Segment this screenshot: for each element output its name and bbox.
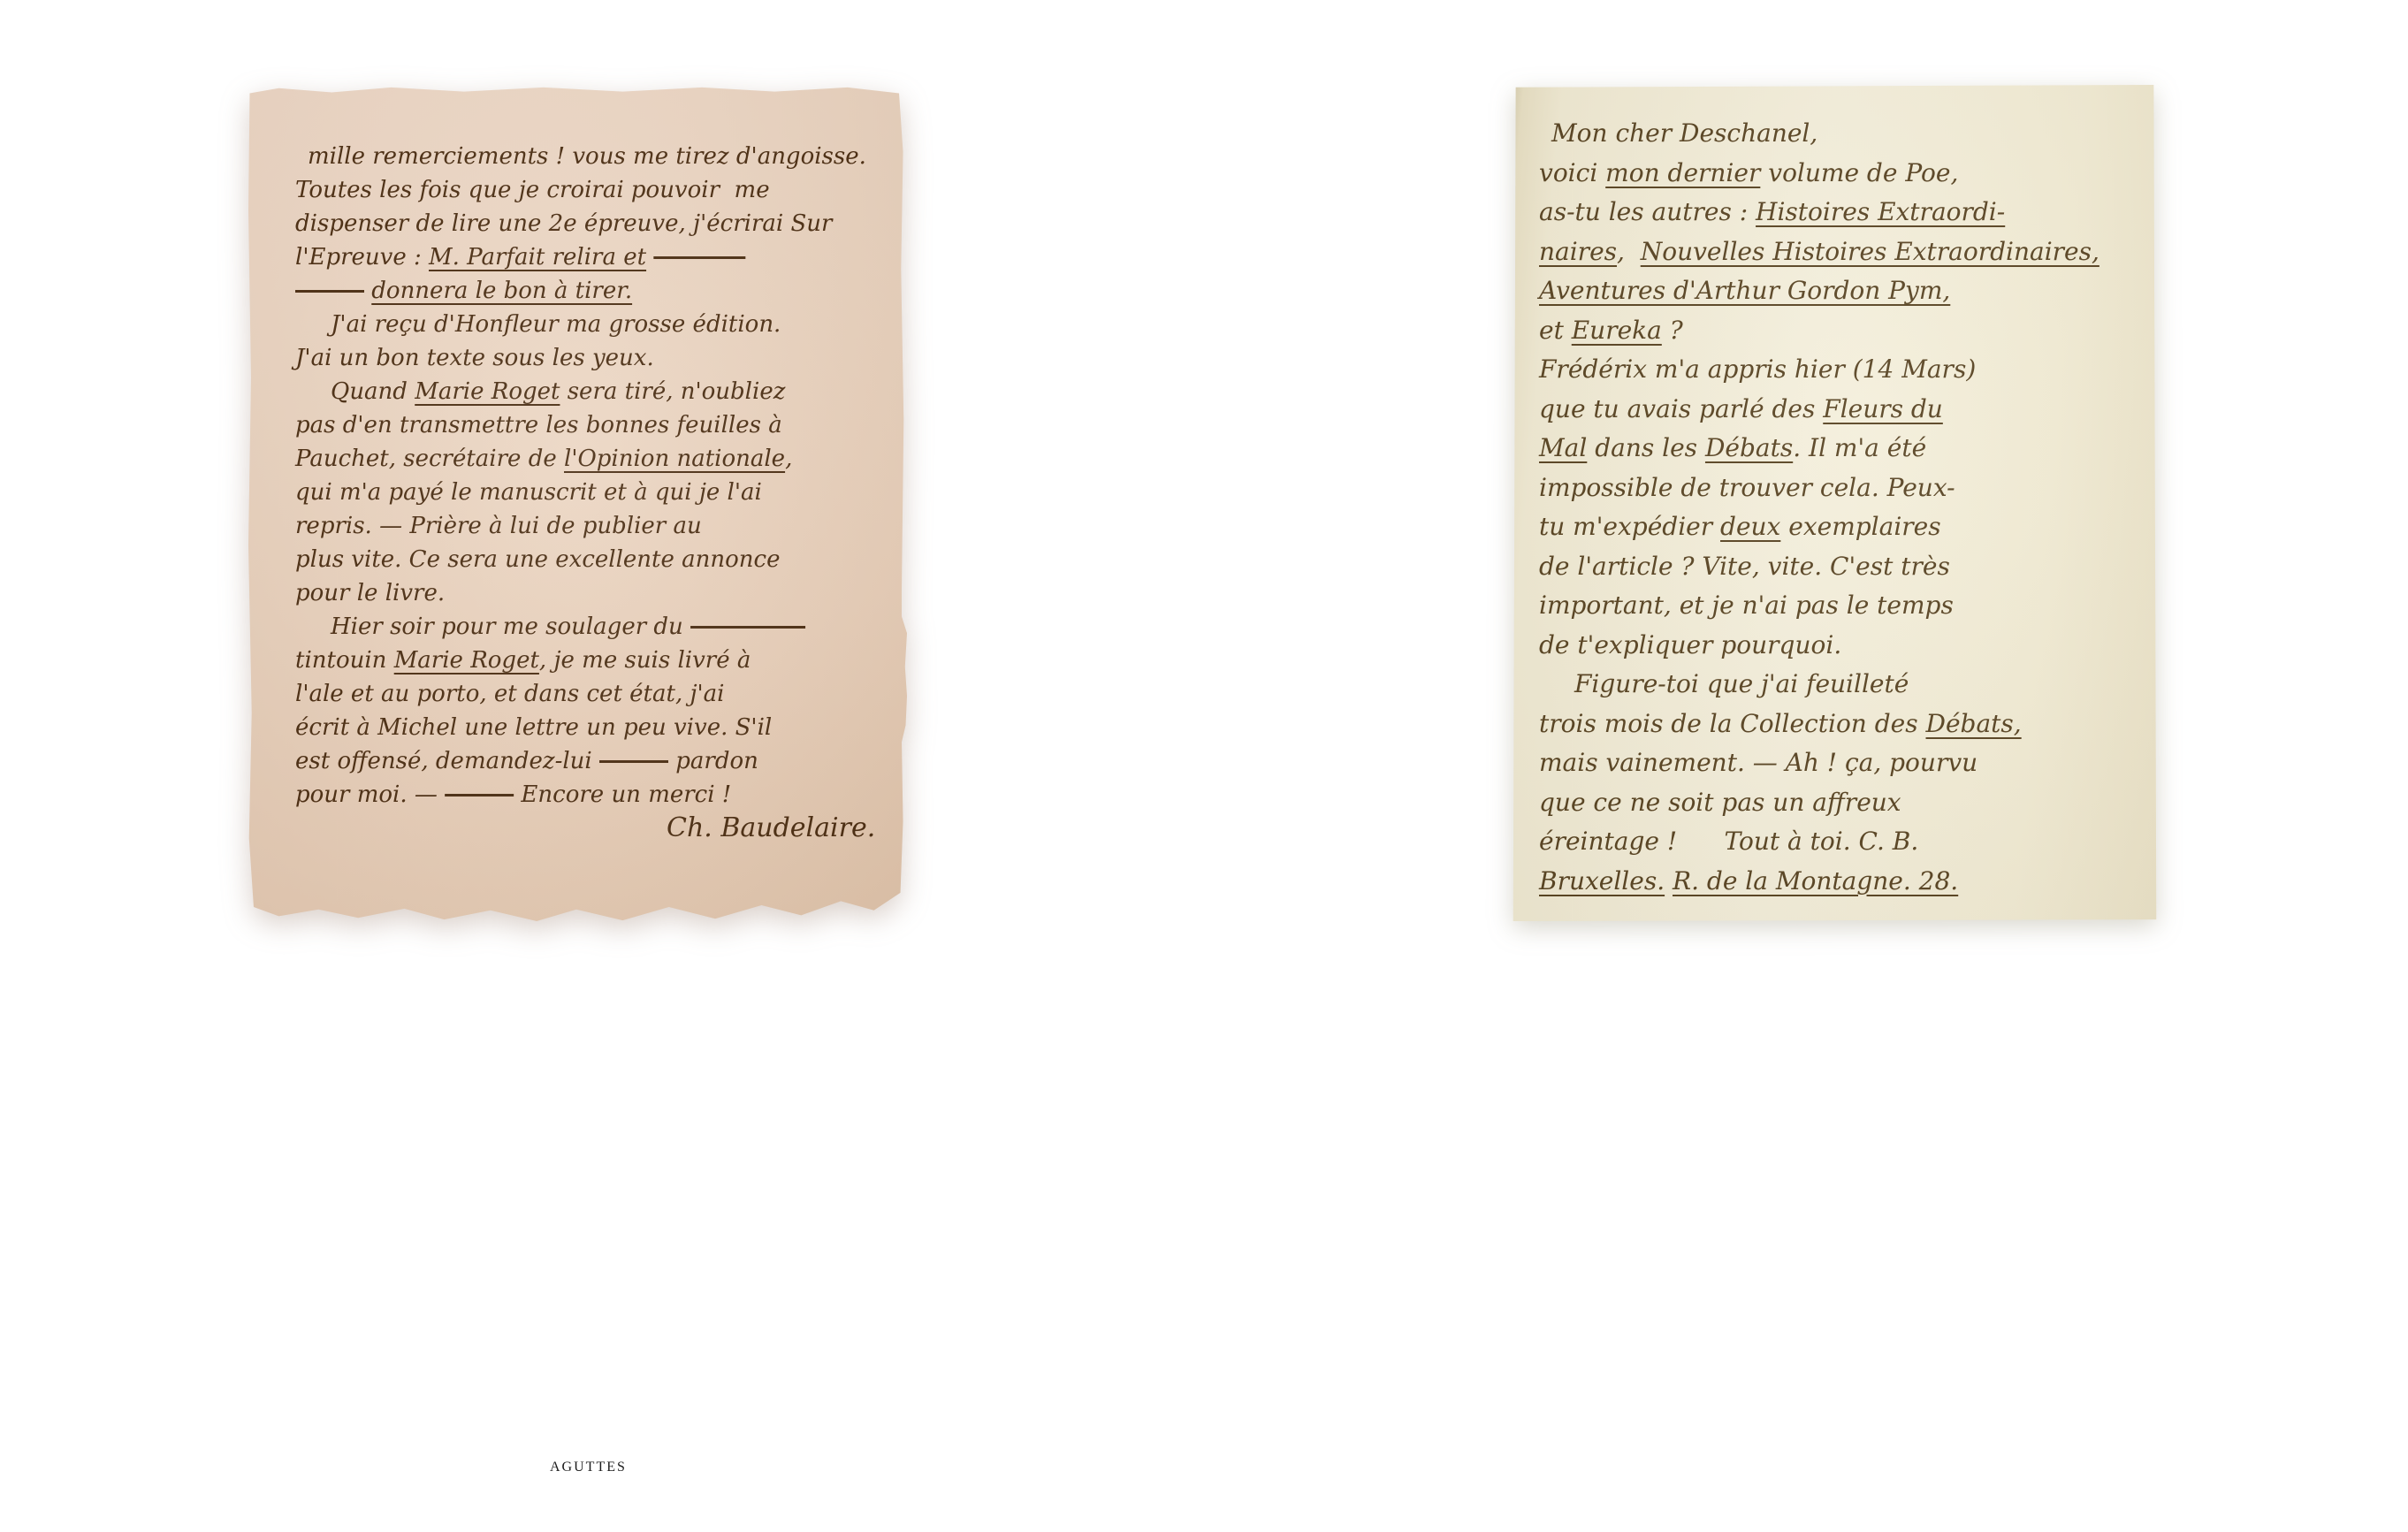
letter-line: important, et je n'ai pas le temps	[1539, 586, 2146, 626]
letter-line: éreintage ! Tout à toi. C. B.	[1539, 822, 2146, 862]
handwritten-text: repris. — Prière à lui de publier au	[295, 513, 702, 539]
letter-line: pour le livre.	[295, 576, 891, 610]
handwritten-text: ?	[1662, 316, 1683, 345]
letter-line: J'ai un bon texte sous les yeux.	[295, 341, 891, 375]
letter-line: et Eureka ?	[1539, 311, 2146, 351]
handwritten-text: voici	[1539, 158, 1605, 187]
left-letter-paper: mille remerciements ! vous me tirez d'an…	[246, 85, 907, 922]
letter-line: repris. — Prière à lui de publier au	[295, 509, 891, 543]
handwritten-text: ,	[785, 446, 792, 472]
underlined-text: Fleurs du	[1823, 394, 1943, 423]
letter-line: Hier soir pour me soulager du —————	[295, 610, 891, 644]
scribbled-out-word: ————	[653, 244, 745, 271]
right-letter-photo: Mon cher Deschanel,voici mon dernier vol…	[1513, 84, 2157, 922]
handwritten-text: Toutes les fois que je croirai pouvoir m…	[295, 177, 770, 203]
handwritten-text: l'Epreuve :	[295, 244, 429, 271]
handwritten-text: Frédérix m'a appris hier (14 Mars)	[1539, 354, 1976, 384]
handwritten-text: J'ai un bon texte sous les yeux.	[295, 345, 654, 371]
handwritten-text: exemplaires	[1780, 512, 1940, 541]
underlined-text: donnera le bon à tirer.	[371, 278, 632, 304]
underlined-text: Débats	[1705, 433, 1793, 462]
letter-line: voici mon dernier volume de Poe,	[1539, 154, 2146, 194]
handwritten-text: que tu avais parlé des	[1539, 394, 1823, 423]
letter-line: Ch. Baudelaire.	[295, 812, 891, 845]
underlined-text: M. Parfait relira et	[429, 244, 646, 271]
handwritten-text: J'ai reçu d'Honfleur ma grosse édition.	[331, 311, 781, 338]
handwritten-text: tintouin	[295, 647, 394, 674]
letter-line: Toutes les fois que je croirai pouvoir m…	[295, 173, 891, 207]
scribbled-out-word: ———	[445, 781, 514, 808]
letter-line: Figure-toi que j'ai feuilleté	[1539, 665, 2146, 705]
left-letter-text: mille remerciements ! vous me tirez d'an…	[295, 140, 891, 845]
handwritten-text: Quand	[331, 378, 415, 405]
underlined-text: Aventures d'Arthur Gordon Pym,	[1539, 276, 1950, 305]
handwritten-text: de l'article ? Vite, vite. C'est très	[1539, 552, 1950, 581]
handwritten-text: que ce ne soit pas un affreux	[1539, 788, 1901, 817]
scribbled-out-word: ———	[295, 278, 364, 304]
handwritten-text: trois mois de la Collection des	[1539, 709, 1926, 738]
catalog-page: mille remerciements ! vous me tirez d'an…	[0, 0, 2408, 1532]
letter-line: que tu avais parlé des Fleurs du	[1539, 390, 2146, 430]
handwritten-text: pour le livre.	[295, 580, 445, 606]
aguttes-logo: AGUTTES	[550, 1460, 627, 1475]
handwritten-text: Encore un merci !	[514, 781, 731, 808]
letter-line: Aventures d'Arthur Gordon Pym,	[1539, 271, 2146, 311]
letter-line: naires, Nouvelles Histoires Extraordinai…	[1539, 232, 2146, 272]
letter-line: que ce ne soit pas un affreux	[1539, 783, 2146, 823]
handwritten-text: tu m'expédier	[1539, 512, 1720, 541]
letter-line: pour moi. — ——— Encore un merci !	[295, 778, 891, 812]
underlined-text: Histoires Extraordi-	[1756, 197, 2005, 226]
underlined-text: Nouvelles Histoires Extraordinaires,	[1641, 237, 2099, 266]
handwritten-text: important, et je n'ai pas le temps	[1539, 591, 1954, 620]
handwritten-text: de t'expliquer pourquoi.	[1539, 630, 1841, 659]
handwritten-text: mais vainement. — Ah ! ça, pourvu	[1539, 748, 1977, 777]
letter-line: tintouin Marie Roget, je me suis livré à	[295, 644, 891, 677]
letter-line: trois mois de la Collection des Débats,	[1539, 705, 2146, 744]
letter-line: l'Epreuve : M. Parfait relira et ————	[295, 240, 891, 274]
underlined-text: R. de la Montagne. 28.	[1673, 866, 1958, 896]
letter-line: Frédérix m'a appris hier (14 Mars)	[1539, 350, 2146, 390]
handwritten-text: Mon cher Deschanel,	[1551, 118, 1817, 148]
letter-line: tu m'expédier deux exemplaires	[1539, 507, 2146, 547]
underlined-text: l'Opinion nationale	[564, 446, 785, 472]
handwritten-text: volume de Poe,	[1760, 158, 1958, 187]
handwritten-text: sera tiré, n'oubliez	[560, 378, 785, 405]
handwritten-text: Figure-toi que j'ai feuilleté	[1574, 669, 1909, 698]
letter-line: J'ai reçu d'Honfleur ma grosse édition.	[295, 308, 891, 341]
handwritten-text: qui m'a payé le manuscrit et à qui je l'…	[295, 479, 762, 506]
underlined-text: deux	[1720, 512, 1780, 541]
letter-line: est offensé, demandez-lui ——— pardon	[295, 744, 891, 778]
underlined-text: Débats,	[1926, 709, 2022, 738]
letter-line: pas d'en transmettre les bonnes feuilles…	[295, 408, 891, 442]
underlined-text: Mal	[1539, 433, 1587, 462]
underlined-text: mon dernier	[1605, 158, 1760, 187]
handwritten-text: . Il m'a été	[1793, 433, 1926, 462]
letter-line: dispenser de lire une 2e épreuve, j'écri…	[295, 207, 891, 240]
handwritten-text: et	[1539, 316, 1572, 345]
letter-line: mille remerciements ! vous me tirez d'an…	[295, 140, 891, 173]
letter-line: Bruxelles. R. de la Montagne. 28.	[1539, 862, 2146, 902]
handwritten-text	[1665, 866, 1673, 896]
handwritten-text: Hier soir pour me soulager du	[331, 614, 690, 640]
left-letter-photo: mille remerciements ! vous me tirez d'an…	[246, 85, 907, 922]
letter-line: Mal dans les Débats. Il m'a été	[1539, 429, 2146, 469]
handwritten-text: Ch. Baudelaire.	[667, 812, 875, 843]
underlined-text: naires	[1539, 237, 1617, 266]
scribbled-out-word: ———	[599, 748, 668, 774]
handwritten-text: plus vite. Ce sera une excellente annonc…	[295, 546, 781, 573]
scribbled-out-word: —————	[690, 614, 805, 640]
handwritten-text: mille remerciements ! vous me tirez d'an…	[308, 143, 866, 170]
underlined-text: Marie Roget	[415, 378, 560, 405]
letter-line: impossible de trouver cela. Peux-	[1539, 469, 2146, 508]
underlined-text: Bruxelles.	[1539, 866, 1665, 896]
letter-line: Mon cher Deschanel,	[1539, 114, 2146, 154]
letter-line: as-tu les autres : Histoires Extraordi-	[1539, 193, 2146, 232]
letter-line: écrit à Michel une lettre un peu vive. S…	[295, 711, 891, 744]
handwritten-text: l'ale et au porto, et dans cet état, j'a…	[295, 681, 725, 707]
letter-line: mais vainement. — Ah ! ça, pourvu	[1539, 743, 2146, 783]
handwritten-text: pour moi. —	[295, 781, 445, 808]
underlined-text: Eureka	[1572, 316, 1662, 345]
right-letter-paper: Mon cher Deschanel,voici mon dernier vol…	[1513, 84, 2157, 922]
letter-line: plus vite. Ce sera une excellente annonc…	[295, 543, 891, 576]
right-letter-text: Mon cher Deschanel,voici mon dernier vol…	[1539, 114, 2146, 901]
letter-line: qui m'a payé le manuscrit et à qui je l'…	[295, 476, 891, 509]
letter-line: ——— donnera le bon à tirer.	[295, 274, 891, 308]
handwritten-text: dans les	[1587, 433, 1705, 462]
handwritten-text: impossible de trouver cela. Peux-	[1539, 473, 1955, 502]
handwritten-text: écrit à Michel une lettre un peu vive. S…	[295, 714, 772, 741]
letter-line: de t'expliquer pourquoi.	[1539, 626, 2146, 666]
handwritten-text: ,	[1617, 237, 1641, 266]
handwritten-text: Pauchet, secrétaire de	[295, 446, 564, 472]
handwritten-text: éreintage ! Tout à toi. C. B.	[1539, 827, 1918, 856]
letter-line: de l'article ? Vite, vite. C'est très	[1539, 547, 2146, 587]
handwritten-text: dispenser de lire une 2e épreuve, j'écri…	[295, 210, 832, 237]
letter-line: Quand Marie Roget sera tiré, n'oubliez	[295, 375, 891, 408]
letter-line: Pauchet, secrétaire de l'Opinion nationa…	[295, 442, 891, 476]
underlined-text: Marie Roget	[394, 647, 539, 674]
handwritten-text: as-tu les autres :	[1539, 197, 1756, 226]
handwritten-text: est offensé, demandez-lui	[295, 748, 599, 774]
letter-line: l'ale et au porto, et dans cet état, j'a…	[295, 677, 891, 711]
handwritten-text: pas d'en transmettre les bonnes feuilles…	[295, 412, 782, 438]
handwritten-text: pardon	[668, 748, 758, 774]
handwritten-text: , je me suis livré à	[539, 647, 751, 674]
